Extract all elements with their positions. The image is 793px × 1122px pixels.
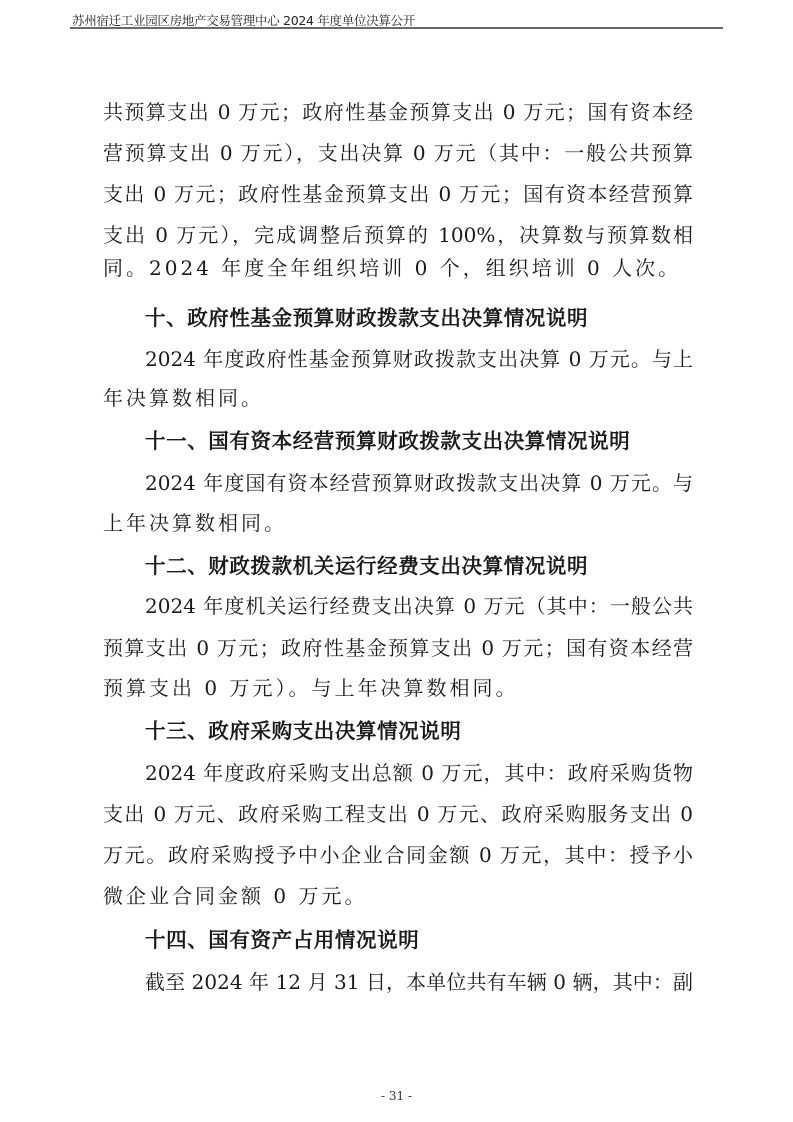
page-header: 苏州宿迁工业园区房地产交易管理中心 2024 年度单位决算公开 [70, 8, 723, 30]
body-line: 2024 年度政府性基金预算财政拨款支出决算 0 万元。与上 [145, 347, 693, 371]
body-line: 支出 0 万元；政府性基金预算支出 0 万元；国有资本经营预算 [103, 182, 693, 206]
body-line: 微企业合同金额 0 万元。 [103, 884, 693, 908]
body-line: 万元。政府采购授予中小企业合同金额 0 万元，其中：授予小 [103, 843, 693, 867]
body-line: 2024 年度政府采购支出总额 0 万元，其中：政府采购货物 [145, 761, 693, 785]
body-line: 2024 年度国有资本经营预算财政拨款支出决算 0 万元。与 [145, 471, 693, 495]
body-line: 2024 年度机关运行经费支出决算 0 万元（其中：一般公共 [145, 594, 693, 618]
body-line: 截至 2024 年 12 月 31 日，本单位共有车辆 0 辆，其中：副 [145, 970, 693, 994]
body-line: 营预算支出 0 万元），支出决算 0 万元（其中：一般公共预算 [103, 141, 693, 165]
body-line: 上年决算数相同。 [103, 511, 693, 535]
body-line: 预算支出 0 万元）。与上年决算数相同。 [103, 676, 693, 700]
section-heading-13: 十三、政府采购支出决算情况说明 [145, 719, 462, 743]
section-heading-10: 十、政府性基金预算财政拨款支出决算情况说明 [145, 306, 588, 330]
section-heading-11: 十一、国有资本经营预算财政拨款支出决算情况说明 [145, 429, 630, 453]
body-line: 共预算支出 0 万元；政府性基金预算支出 0 万元；国有资本经 [103, 100, 693, 124]
body-line: 年决算数相同。 [103, 386, 693, 410]
section-heading-14: 十四、国有资产占用情况说明 [145, 928, 419, 952]
section-heading-12: 十二、财政拨款机关运行经费支出决算情况说明 [145, 554, 588, 578]
body-line: 同。2024 年度全年组织培训 0 个，组织培训 0 人次。 [103, 256, 693, 280]
body-line: 预算支出 0 万元；政府性基金预算支出 0 万元；国有资本经营 [103, 636, 693, 660]
body-line: 支出 0 万元），完成调整后预算的 100%，决算数与预算数相 [103, 223, 693, 247]
page-number: - 31 - [0, 1089, 793, 1103]
body-line: 支出 0 万元、政府采购工程支出 0 万元、政府采购服务支出 0 [103, 802, 693, 826]
header-divider [70, 27, 723, 29]
